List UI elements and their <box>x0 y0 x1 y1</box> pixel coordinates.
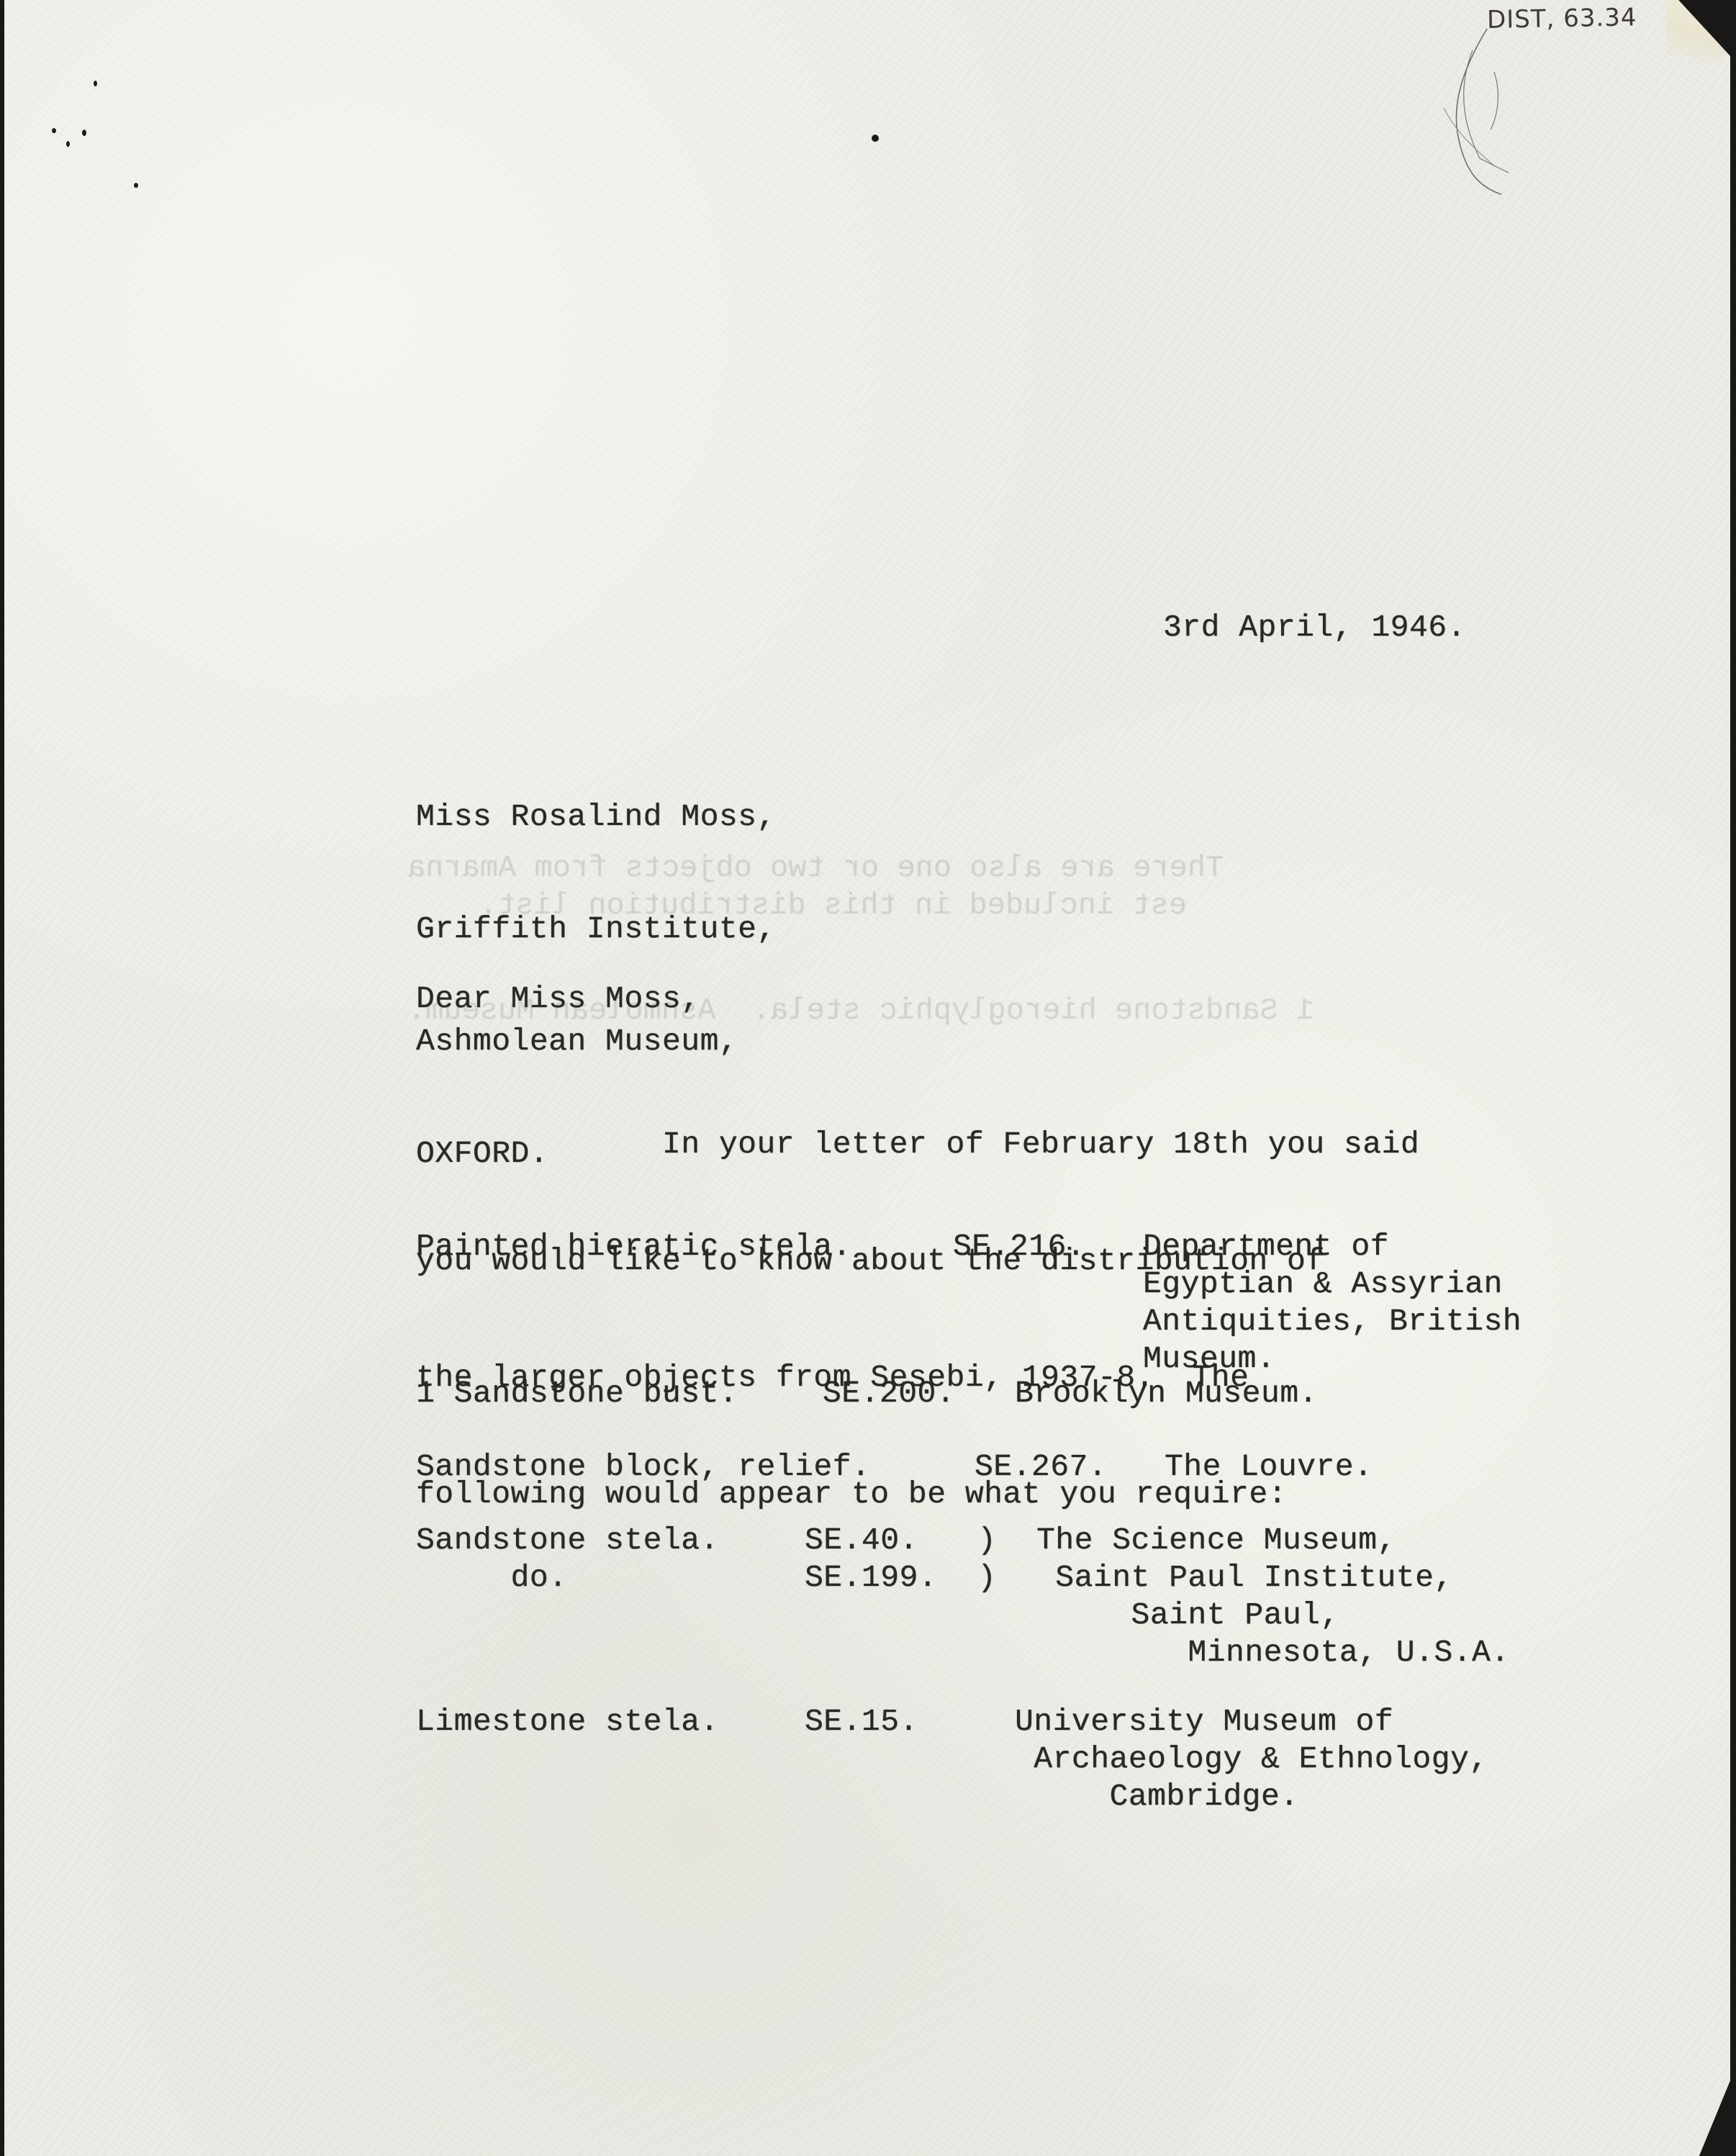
location-line: Cambridge. <box>1015 1778 1488 1816</box>
letter-date: 3rd April, 1946. <box>1163 609 1466 646</box>
location-line: University Museum of <box>1015 1703 1488 1741</box>
location-line: Egyptian & Assyrian <box>1143 1266 1522 1303</box>
object-reference: SE.199. <box>805 1559 937 1597</box>
pencil-scribble-icon <box>1422 22 1537 202</box>
location-line: Archaeology & Ethnology, <box>1015 1741 1488 1778</box>
ink-speck <box>94 81 97 86</box>
ink-speck <box>872 135 879 142</box>
object-reference: SE.40. <box>805 1522 918 1559</box>
location-line: Brooklyn Museum. <box>1015 1375 1318 1412</box>
address-line: Miss Rosalind Moss, <box>416 798 776 836</box>
object-reference: SE.216. <box>953 1228 1085 1266</box>
body-line: In your letter of February 18th you said <box>416 1125 1419 1164</box>
location-line: Saint Paul, <box>1036 1597 1510 1634</box>
paper-fold <box>1667 0 1724 58</box>
object-reference: SE.15. <box>805 1703 918 1741</box>
location-line: Department of <box>1143 1228 1522 1266</box>
location-line: The Science Museum, <box>1036 1522 1396 1559</box>
salutation: Dear Miss Moss, <box>416 980 700 1018</box>
location-line: Antiquities, British <box>1143 1303 1522 1340</box>
object-name: Painted hieratic stela. <box>416 1228 851 1266</box>
location-line: The Louvre. <box>1165 1448 1373 1486</box>
ink-speck <box>82 130 86 136</box>
object-reference: SE.200. <box>823 1375 955 1412</box>
ink-speck <box>52 128 56 133</box>
location-line: Saint Paul Institute, <box>1036 1559 1510 1597</box>
ink-speck <box>66 141 70 147</box>
letter-page: DIST, 63.34 There are also one or two ob… <box>4 0 1730 2156</box>
address-line: Griffith Institute, <box>416 911 776 948</box>
object-name: Sandstone block, relief. <box>416 1448 870 1486</box>
location-line: Museum. <box>1143 1340 1522 1378</box>
ink-speck <box>134 183 138 188</box>
object-reference: SE.267. <box>975 1448 1107 1486</box>
object-name: Sandstone stela. <box>416 1522 719 1559</box>
object-name: Limestone stela. <box>416 1703 719 1741</box>
bracket: ) <box>977 1522 996 1559</box>
location-line: Minnesota, U.S.A. <box>1036 1634 1510 1672</box>
object-name: do. <box>416 1559 567 1597</box>
bracket: ) <box>977 1559 996 1597</box>
object-name: 1 Sandstone bust. <box>416 1375 738 1412</box>
